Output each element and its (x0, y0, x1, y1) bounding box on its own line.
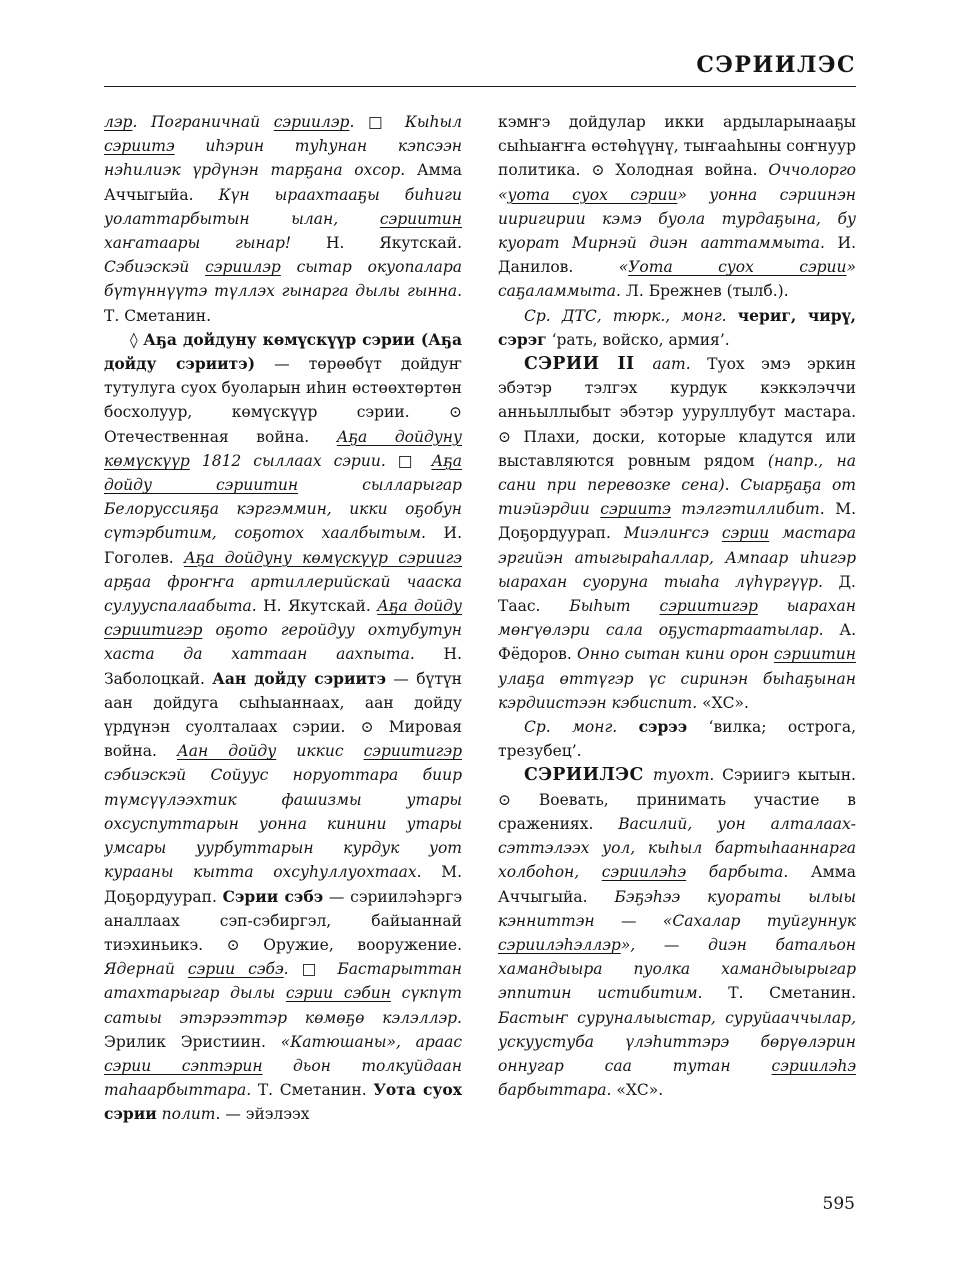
text-run: Ядернай (104, 960, 188, 978)
text-run: Ср. монг. (524, 718, 639, 736)
paragraph: Ср. ДТС, тюрк., монг. чериг, чирү, сэрэг… (498, 304, 856, 352)
paragraph: кэмҥэ дойдулар икки ардыларынааҕы сыһыаҥ… (498, 110, 856, 304)
text-run: Л. Брежнев (тылб.). (621, 282, 789, 300)
text-run: Сэрии сэбэ (223, 887, 323, 906)
text-run: Сэбиэскэй (104, 258, 205, 276)
text-run: Аан дойду (177, 742, 276, 760)
text-run: тэлгэтиллибит. (671, 500, 825, 518)
text-run: аат. (653, 355, 691, 373)
text-run: хаҥатаары гынар! (104, 234, 291, 252)
text-run: Т. Сметанин. (251, 1081, 373, 1099)
text-run: « (619, 258, 628, 276)
text-run: «Катюшаны», араас (281, 1033, 462, 1051)
text-run: «ХС». (611, 1081, 663, 1099)
text-run: Т. Сметанин. (702, 984, 856, 1002)
text-run: Т. Сметанин. (104, 307, 211, 325)
header-rule (104, 86, 856, 87)
text-run: ◊ (130, 331, 143, 349)
text-run: сэрии (722, 524, 769, 542)
dictionary-page: СЭРИИЛЭС лэр. Пограничнай сэриилэр. □ Кы… (0, 0, 959, 1274)
text-run: . Пограничнай (132, 113, 273, 131)
text-run: барбыта. (686, 863, 788, 881)
text-run: сэрии сэбин (286, 984, 391, 1002)
text-run: Н. Якутскай. (257, 597, 377, 615)
text-run: 1812 сыллаах сэрии. (190, 452, 398, 470)
paragraph: ◊ Аҕа дойдуну көмүскүүр сэрии (Аҕа дойду… (104, 328, 462, 1127)
text-run: сэриитин (380, 210, 462, 228)
text-run: СЭРИИЛЭС (524, 765, 653, 785)
text-run: . (284, 960, 302, 978)
text-run: Эрилик Эристиин. (104, 1033, 281, 1051)
text-run: Миэлиҥсэ (624, 524, 722, 542)
text-run: сэриилэр (205, 258, 281, 276)
text-run: □ (368, 113, 405, 131)
text-run: сэбиэскэй Сойуус норуоттара биир түмсүүл… (104, 766, 462, 881)
text-run: сэриитэ (600, 500, 671, 518)
text-run: СЭРИИ II (524, 354, 653, 374)
text-run: □ (398, 452, 432, 470)
text-run: сэриитигэр (660, 597, 758, 615)
text-run: сэриилэһэ (602, 863, 686, 881)
text-run: лэр (104, 113, 132, 131)
running-head: СЭРИИЛЭС (696, 52, 856, 78)
text-run: полит. (157, 1105, 221, 1123)
text-run: . (725, 476, 741, 494)
page-number: 595 (823, 1194, 855, 1214)
paragraph: СЭРИИ II аат. Туох эмэ эркин эбэтэр тэлг… (498, 352, 856, 715)
text-run: Н. Якутскай. (291, 234, 462, 252)
text-run: туохт. (653, 766, 714, 784)
text-run: сэриилэр (274, 113, 350, 131)
text-run: Кыһыл (405, 113, 462, 131)
text-run: «ХС». (697, 694, 749, 712)
text-run: барбыттара. (498, 1081, 611, 1099)
text-run: ‘рать, войско, армия’. (547, 331, 730, 349)
text-run: уота суох сэрии (507, 186, 677, 204)
text-run: сэриитэ (104, 137, 175, 155)
text-run: Аан дойду сэриитэ (212, 669, 386, 688)
text-run: Ср. ДТС, тюрк., монг. (524, 307, 738, 325)
text-run: □ (302, 960, 338, 978)
paragraph: лэр. Пограничнай сэриилэр. □ Кыһыл сэрии… (104, 110, 462, 328)
text-run: — эйэлээх (220, 1105, 309, 1123)
text-run: сэриитигэр (364, 742, 462, 760)
text-columns: лэр. Пограничнай сэриилэр. □ Кыһыл сэрии… (104, 110, 856, 1172)
paragraph: Ср. монг. сэрээ ‘вилка; острога, трезубе… (498, 715, 856, 763)
text-run: улаҕа өттүгэр үс сиринэн быһаҕынан кэрди… (498, 670, 856, 712)
text-run: Онно сытан кини орон (577, 645, 774, 663)
left-column: лэр. Пограничнай сэриилэр. □ Кыһыл сэрии… (104, 110, 462, 1172)
text-run: сэрээ (639, 717, 688, 736)
paragraph: СЭРИИЛЭС туохт. Сэриигэ кытын. ⊙ Воевать… (498, 763, 856, 1102)
text-run: Уота суох сэрии (628, 258, 846, 276)
text-run: сэрии сэбэ (188, 960, 284, 978)
right-column: кэмҥэ дойдулар икки ардыларынааҕы сыһыаҥ… (498, 110, 856, 1172)
text-run: . (349, 113, 368, 131)
text-run: сэриитин (774, 645, 856, 663)
text-run: сэриилэһэ (772, 1057, 856, 1075)
text-run: сэрии сэптэрин (104, 1057, 263, 1075)
text-run: сэриилэһэллэр (498, 936, 621, 954)
text-run: иккис (276, 742, 363, 760)
text-run: Аҕа дойдуну көмүскүүр сэриигэ (184, 549, 462, 567)
text-run: Быһыт (569, 597, 659, 615)
